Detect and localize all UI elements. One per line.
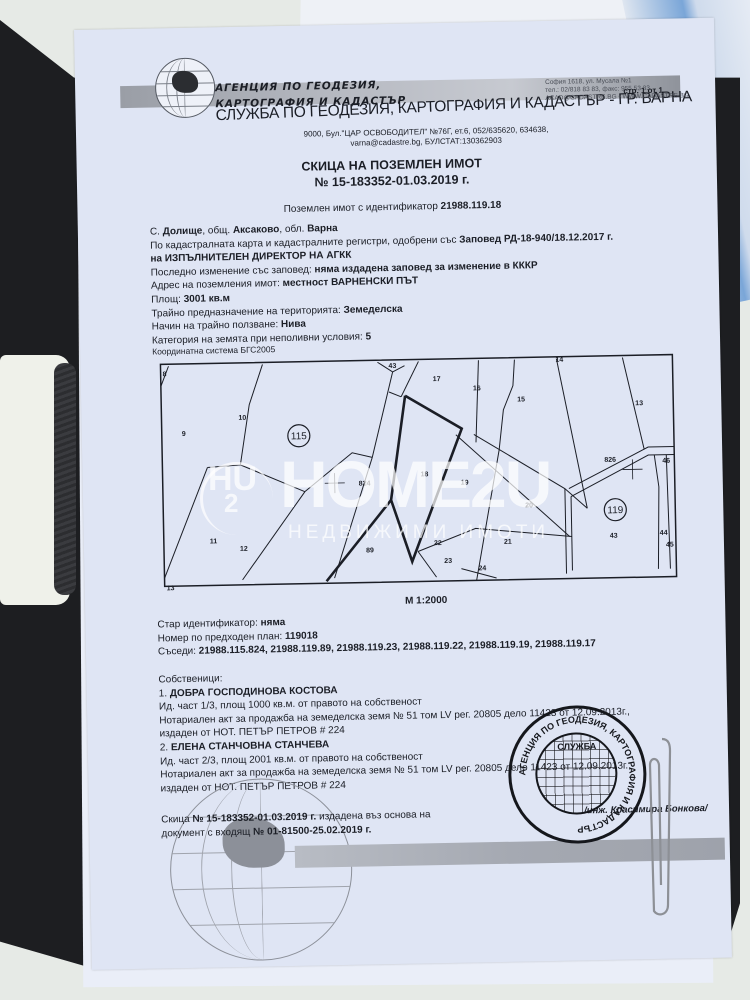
svg-text:18: 18 bbox=[421, 471, 429, 478]
footer-incoming-number: № 01-81500-25.02.2019 г. bbox=[253, 824, 371, 837]
svg-text:13: 13 bbox=[635, 400, 643, 407]
svg-text:89: 89 bbox=[366, 547, 374, 554]
footer-prefix: Скица bbox=[161, 814, 190, 826]
svg-text:115: 115 bbox=[291, 431, 308, 442]
category-value: 5 bbox=[365, 331, 371, 342]
property-info: С. Долище, общ. Аксаково, обл. Варна По … bbox=[150, 215, 692, 348]
municipality: Аксаково bbox=[233, 224, 280, 236]
map-crosshairs bbox=[324, 459, 642, 493]
svg-text:11: 11 bbox=[210, 538, 218, 545]
old-id-label: Стар идентификатор: bbox=[157, 618, 258, 631]
identifier-details: Стар идентификатор: няма Номер по предхо… bbox=[157, 608, 718, 660]
agency-globe-logo-icon bbox=[155, 57, 216, 118]
paperclip-icon bbox=[642, 735, 672, 920]
svg-text:21: 21 bbox=[504, 539, 512, 546]
map-scale: М 1:2000 bbox=[405, 595, 447, 607]
region-prefix: , обл. bbox=[279, 224, 304, 235]
footer-suffix: издадена въз основа на bbox=[319, 809, 431, 822]
issuance-note: Скица № 15-183352-01.03.2019 г. издадена… bbox=[161, 808, 431, 840]
subject-parcel-boundary bbox=[323, 395, 465, 582]
footer-globe-watermark-icon bbox=[168, 777, 353, 962]
old-id-value: няма bbox=[260, 617, 285, 628]
svg-text:12: 12 bbox=[240, 546, 248, 553]
usage-value: Нива bbox=[281, 319, 306, 330]
area-label: Площ: bbox=[151, 294, 181, 306]
block-number-circles: 115119 bbox=[288, 419, 627, 527]
svg-text:10: 10 bbox=[238, 415, 246, 422]
svg-text:45: 45 bbox=[666, 542, 674, 549]
location-prefix: С. bbox=[150, 226, 160, 237]
folder-clip-holder bbox=[0, 355, 70, 605]
svg-text:43: 43 bbox=[610, 533, 618, 540]
svg-text:17: 17 bbox=[433, 376, 441, 383]
footer-sketch-number: № 15-183352-01.03.2019 г. bbox=[192, 811, 316, 824]
svg-text:20: 20 bbox=[525, 502, 533, 509]
office-address: 9000, Бул."ЦАР ОСВОБОДИТЕЛ" №76Г, ет.6, … bbox=[291, 125, 561, 150]
cadastral-map: 8910431716151413824181920111289222324214… bbox=[152, 346, 685, 596]
parcel-boundaries bbox=[160, 357, 676, 587]
prev-plan-value: 119018 bbox=[285, 630, 318, 642]
usage-label: Начин на трайно ползване: bbox=[152, 319, 279, 332]
region: Варна bbox=[307, 223, 338, 235]
svg-text:826: 826 bbox=[604, 457, 616, 464]
village: Долище bbox=[163, 226, 203, 238]
identifier-value: 21988.119.18 bbox=[441, 200, 502, 212]
svg-text:23: 23 bbox=[444, 558, 452, 565]
svg-text:19: 19 bbox=[461, 480, 469, 487]
neighbors-label: Съседи: bbox=[158, 646, 196, 658]
address-value: местност ВАРНЕНСКИ ПЪТ bbox=[282, 276, 418, 290]
svg-text:9: 9 bbox=[182, 431, 186, 438]
svg-text:16: 16 bbox=[473, 385, 481, 392]
svg-text:44: 44 bbox=[660, 530, 668, 537]
svg-text:46: 46 bbox=[662, 458, 670, 465]
footer-doc-prefix: документ с входящ bbox=[161, 826, 250, 839]
svg-text:119: 119 bbox=[607, 505, 624, 516]
cadastral-sketch-document: АГЕНЦИЯ ПО ГЕОДЕЗИЯ, КАРТОГРАФИЯ И КАДАС… bbox=[74, 18, 732, 970]
owner-name: ЕЛЕНА СТАНЧОВНА СТАНЧЕВА bbox=[171, 739, 329, 753]
approval-order: Заповед РД-18-940/18.12.2017 г. bbox=[459, 231, 613, 245]
purpose-value: Земеделска bbox=[343, 303, 402, 315]
last-change-label: Последно изменение със заповед: bbox=[151, 264, 312, 278]
purpose-label: Трайно предназначение на територията: bbox=[151, 304, 341, 319]
svg-text:824: 824 bbox=[359, 480, 371, 487]
address-label: Адрес на поземления имот: bbox=[151, 278, 280, 291]
identifier-line: Поземлен имот с идентификатор 21988.119.… bbox=[227, 199, 557, 216]
svg-text:43: 43 bbox=[388, 363, 396, 370]
stamp-center-text: СЛУЖБА bbox=[533, 741, 621, 753]
svg-text:8: 8 bbox=[163, 371, 167, 378]
municipality-prefix: , общ. bbox=[202, 225, 230, 237]
identifier-label: Поземлен имот с идентификатор bbox=[284, 201, 438, 215]
owner-index: 1. bbox=[159, 688, 168, 699]
official-stamp-icon: АГЕНЦИЯ ПО ГЕОДЕЗИЯ, КАРТОГРАФИЯ И КАДАС… bbox=[507, 704, 648, 845]
svg-text:13: 13 bbox=[167, 585, 175, 592]
area-value: 3001 кв.м bbox=[184, 293, 231, 305]
svg-text:14: 14 bbox=[555, 357, 563, 364]
document-title: СКИЦА НА ПОЗЕМЛЕН ИМОТ № 15-183352-01.03… bbox=[227, 154, 558, 192]
prev-plan-label: Номер по предходен план: bbox=[158, 631, 283, 644]
svg-text:15: 15 bbox=[517, 396, 525, 403]
svg-text:22: 22 bbox=[434, 540, 442, 547]
page-number: стр. 1 от 1 bbox=[623, 86, 663, 96]
svg-text:24: 24 bbox=[478, 565, 486, 572]
owner-index: 2. bbox=[160, 742, 169, 753]
agency-contact: София 1618, ул. Мусала №1 тел.: 02/818 8… bbox=[545, 76, 689, 103]
